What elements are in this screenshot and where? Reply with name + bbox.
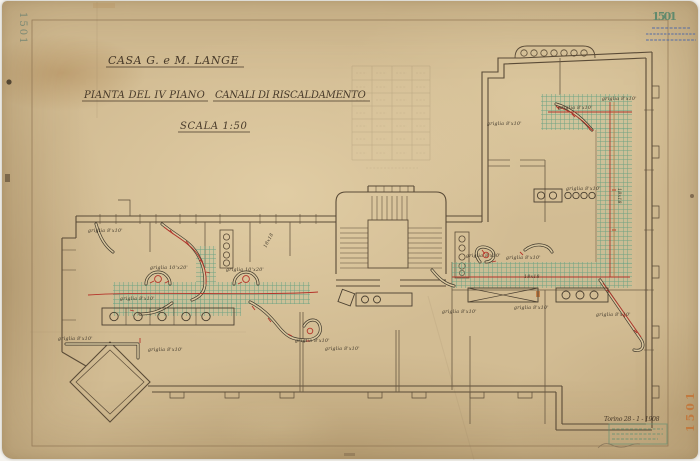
duct-size-label: 18x18 [524, 274, 540, 280]
drawing-subtitle-floor: PIANTA DEL IV PIANO [83, 90, 206, 101]
title-block: CASA G. e M. LANGE PIANTA DEL IV PIANO C… [82, 54, 370, 132]
archive-number-bottom-right: 1501 [684, 389, 697, 432]
grille-label: griglia 8'x10' [566, 186, 601, 192]
drawing-scale: SCALA 1:50 [180, 121, 248, 132]
date-note: Torino 28 - 1 - 1908 [604, 416, 660, 423]
grille-label: griglia 8'x10' [148, 347, 183, 353]
drawing-subtitle-subject: CANALI DI RISCALDAMENTO [215, 90, 367, 101]
grille-label: griglia 8'x10' [120, 296, 155, 302]
floor-plan-drawing: CASA G. e M. LANGE PIANTA DEL IV PIANO C… [0, 0, 700, 461]
grille-label: griglia 8'x10' [602, 96, 637, 102]
pencil-table [352, 66, 430, 168]
grille-label: griglia 8'x10' [558, 105, 593, 111]
grille-label: griglia 8'x10' [487, 121, 522, 127]
duct-size-label: 18x18 [616, 188, 622, 204]
archive-number-top-right: 1501 [652, 10, 680, 23]
grille-label: griglia 10'x20' [150, 265, 188, 271]
grille-label: griglia 8'x10' [466, 253, 501, 259]
grille-label: griglia 8'x10' [325, 346, 360, 352]
grille-label: griglia 10'x20' [226, 267, 264, 273]
staircase [336, 186, 446, 286]
blue-stamp [646, 28, 696, 40]
grille-label: griglia 8'x10' [88, 228, 123, 234]
duct-size-label: 18x18 [262, 232, 275, 249]
grille-label: griglia 8'x10' [442, 309, 477, 315]
grille-label: griglia 8'x10' [506, 255, 541, 261]
green-registry-stamp [609, 424, 667, 444]
scanned-drawing-sheet: CASA G. e M. LANGE PIANTA DEL IV PIANO C… [0, 0, 700, 461]
grille-label: griglia 8'x10' [295, 338, 330, 344]
grille-label: griglia 8'x10' [58, 336, 93, 342]
heating-ducts [66, 104, 643, 358]
grille-label: griglia 8'x10' [514, 305, 549, 311]
archive-number-top-left: 1501 [17, 12, 28, 45]
grille-label: griglia 8'x10' [596, 312, 631, 318]
drawing-title: CASA G. e M. LANGE [108, 54, 240, 67]
